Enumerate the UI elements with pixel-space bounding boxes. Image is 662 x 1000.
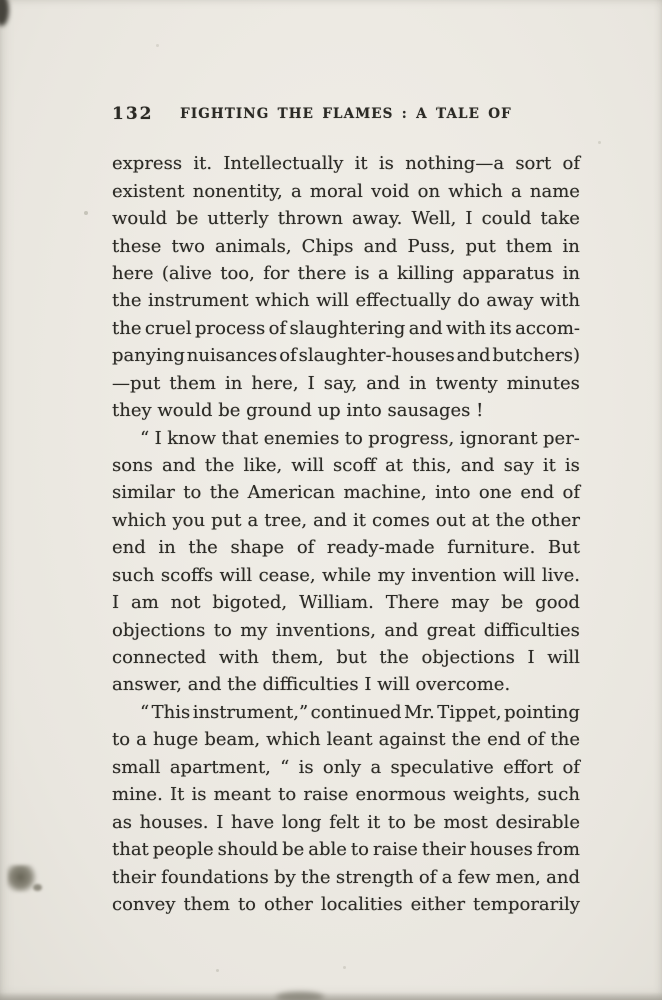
text-line: they would be ground up into sausages ! — [112, 397, 580, 424]
text-line: smallapartment,“isonlyaspeculativeeffort… — [112, 754, 580, 781]
text-line: —puttheminhere,Isay,andintwentyminutes — [112, 370, 580, 397]
text-line: existentnonentity,amoralvoidonwhichaname — [112, 177, 580, 204]
text-line: “Thisinstrument,”continuedMr.Tippet,poin… — [112, 699, 580, 726]
scan-artifact-speck — [0, 0, 9, 26]
text-line: thecruelprocessofslaughteringandwithitsa… — [112, 315, 580, 342]
text-line: sonsandthelike,willscoffatthis,andsayiti… — [112, 452, 580, 479]
text-line: similartotheAmericanmachine,intooneendof — [112, 479, 580, 506]
running-header: 132 FIGHTING THE FLAMES : A TALE OF — [112, 103, 580, 127]
page-number: 132 — [112, 104, 154, 124]
scan-artifact-blob-dot — [33, 884, 42, 891]
text-line: here(alivetoo,forthereisakillingapparatu… — [112, 260, 580, 287]
text-line: panyingnuisancesofslaughter-housesandbut… — [112, 342, 580, 369]
text-line: thesetwoanimals,ChipsandPuss,putthemin — [112, 232, 580, 259]
scan-artifact-speck — [156, 44, 159, 47]
book-page-scan: 132 FIGHTING THE FLAMES : A TALE OF expr… — [0, 0, 662, 1000]
scan-artifact-speck — [84, 211, 88, 215]
text-line: theinstrumentwhichwilleffectuallydoawayw… — [112, 287, 580, 314]
text-line: endintheshapeofready-madefurniture.But — [112, 534, 580, 561]
page-body: expressit.Intellectuallyitisnothing—asor… — [112, 150, 580, 918]
scan-artifact-speck — [598, 141, 601, 144]
scan-artifact-smudge — [276, 992, 324, 1000]
text-line: mine.Itismeanttoraiseenormousweights,suc… — [112, 781, 580, 808]
text-line: whichyouputatree,anditcomesoutattheother — [112, 507, 580, 534]
text-line: objectionstomyinventions,andgreatdifficu… — [112, 616, 580, 643]
text-line: ashouses.Ihavelongfeltittobemostdesirabl… — [112, 809, 580, 836]
scan-artifact-bottom-shadow — [0, 992, 662, 1000]
text-line: Iamnotbigoted,William.Theremaybegood — [112, 589, 580, 616]
text-line: “Iknowthatenemiestoprogress,ignorantper- — [112, 424, 580, 451]
text-line: expressit.Intellectuallyitisnothing—asor… — [112, 150, 580, 177]
text-line: connectedwiththem,buttheobjectionsIwill — [112, 644, 580, 671]
running-title: FIGHTING THE FLAMES : A TALE OF — [112, 103, 580, 122]
text-line: conveythemtootherlocalitieseithertempora… — [112, 891, 580, 918]
text-line: answer, and the difficulties I will over… — [112, 671, 580, 698]
text-line: toahugebeam,whichleantagainsttheendofthe — [112, 726, 580, 753]
text-line: theirfoundationsbythestrengthofafewmen,a… — [112, 863, 580, 890]
scan-artifact-blob — [7, 865, 37, 892]
text-line: thatpeopleshouldbeabletoraisetheirhouses… — [112, 836, 580, 863]
text-line: suchscoffswillcease,whilemyinventionwill… — [112, 562, 580, 589]
text-line: wouldbeutterlythrownaway.Well,Icouldtake — [112, 205, 580, 232]
scan-artifact-speck — [216, 969, 219, 972]
scan-artifact-speck — [343, 966, 346, 969]
